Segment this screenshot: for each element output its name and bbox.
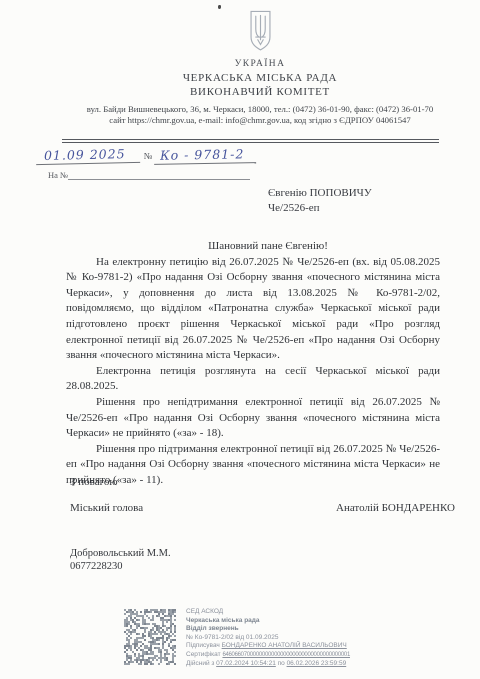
executor-name: Добровольський М.М. bbox=[70, 548, 171, 559]
recipient-name: Євгенію ПОПОВИЧУ bbox=[268, 186, 372, 201]
handwritten-number: Ко - 9781-2 bbox=[154, 146, 257, 165]
reply-to-line: На № bbox=[48, 170, 250, 180]
number-sign-label: № bbox=[144, 151, 153, 161]
paragraph: Рішення про непідтримання електронної пе… bbox=[66, 395, 440, 442]
scan-speck bbox=[218, 5, 221, 9]
paragraph: На електронну петицію від 26.07.2025 № Ч… bbox=[66, 255, 440, 364]
recipient-case-number: Че/2526-еп bbox=[268, 201, 372, 216]
dept-name: ВИКОНАВЧИЙ КОМІТЕТ bbox=[40, 86, 480, 98]
stamp-cert-line: Сертифікат 64606607000000000000000000000… bbox=[186, 651, 384, 660]
reply-to-label: На № bbox=[48, 170, 68, 180]
salutation: Шановний пане Євгенію! bbox=[66, 239, 440, 255]
signer-title: Міський голова bbox=[70, 502, 143, 514]
org-name: ЧЕРКАСЬКА МІСЬКА РАДА bbox=[40, 72, 480, 84]
paragraph: Рішення про підтримання електронної пети… bbox=[66, 442, 440, 489]
org-address: вул. Байди Вишневецького, 36, м. Черкаси… bbox=[40, 104, 480, 114]
closing-phrase: З повагою bbox=[70, 476, 118, 488]
stamp-signer-line: Підписувач БОНДАРЕНКО АНАТОЛІЙ ВАСИЛЬОВИ… bbox=[186, 642, 384, 651]
handwritten-date: 01.09 2025 bbox=[36, 146, 140, 165]
stamp-text: СЕД АСКОД Черкаська міська рада Відділ з… bbox=[186, 608, 384, 668]
registration-line: 01.09 2025№Ко - 9781-2 bbox=[36, 146, 257, 164]
executor-phone: 0677228230 bbox=[70, 561, 123, 572]
stamp-valid-to: 06.02.2026 23:59:59 bbox=[287, 660, 347, 667]
recipient-block: Євгенію ПОПОВИЧУ Че/2526-еп bbox=[268, 186, 372, 215]
letterhead-divider bbox=[62, 139, 439, 143]
letterhead: УКРАЇНА ЧЕРКАСЬКА МІСЬКА РАДА ВИКОНАВЧИЙ… bbox=[40, 10, 480, 125]
e-signature-stamp: СЕД АСКОД Черкаська міська рада Відділ з… bbox=[124, 606, 384, 668]
org-contacts: сайт https://chmr.gov.ua, e-mail: info@c… bbox=[40, 115, 480, 125]
stamp-org: Черкаська міська рада bbox=[186, 617, 384, 626]
stamp-cert-number: 6460660700000000000000000000000000000000… bbox=[222, 652, 350, 658]
country-name: УКРАЇНА bbox=[40, 59, 480, 69]
signature-row: Міський голова Анатолій БОНДАРЕНКО bbox=[70, 502, 455, 514]
scanned-letter-page: УКРАЇНА ЧЕРКАСЬКА МІСЬКА РАДА ВИКОНАВЧИЙ… bbox=[0, 0, 480, 679]
stamp-validity-line: Дійсний з 07.02.2024 10:54:21 по 06.02.2… bbox=[186, 660, 384, 669]
letter-body: Шановний пане Євгенію! На електронну пет… bbox=[66, 239, 440, 489]
stamp-dept: Відділ звернень bbox=[186, 625, 384, 634]
ukraine-trident-emblem bbox=[247, 10, 274, 52]
stamp-signer-name: БОНДАРЕНКО АНАТОЛІЙ ВАСИЛЬОВИЧ bbox=[222, 642, 347, 649]
stamp-system: СЕД АСКОД bbox=[186, 608, 384, 617]
stamp-valid-from: 07.02.2024 10:54:21 bbox=[216, 660, 276, 667]
paragraph: Електронна петиція розглянута на сесії Ч… bbox=[66, 364, 440, 395]
signer-name: Анатолій БОНДАРЕНКО bbox=[336, 502, 455, 514]
reply-to-blank bbox=[68, 170, 250, 180]
qr-code bbox=[124, 609, 176, 665]
